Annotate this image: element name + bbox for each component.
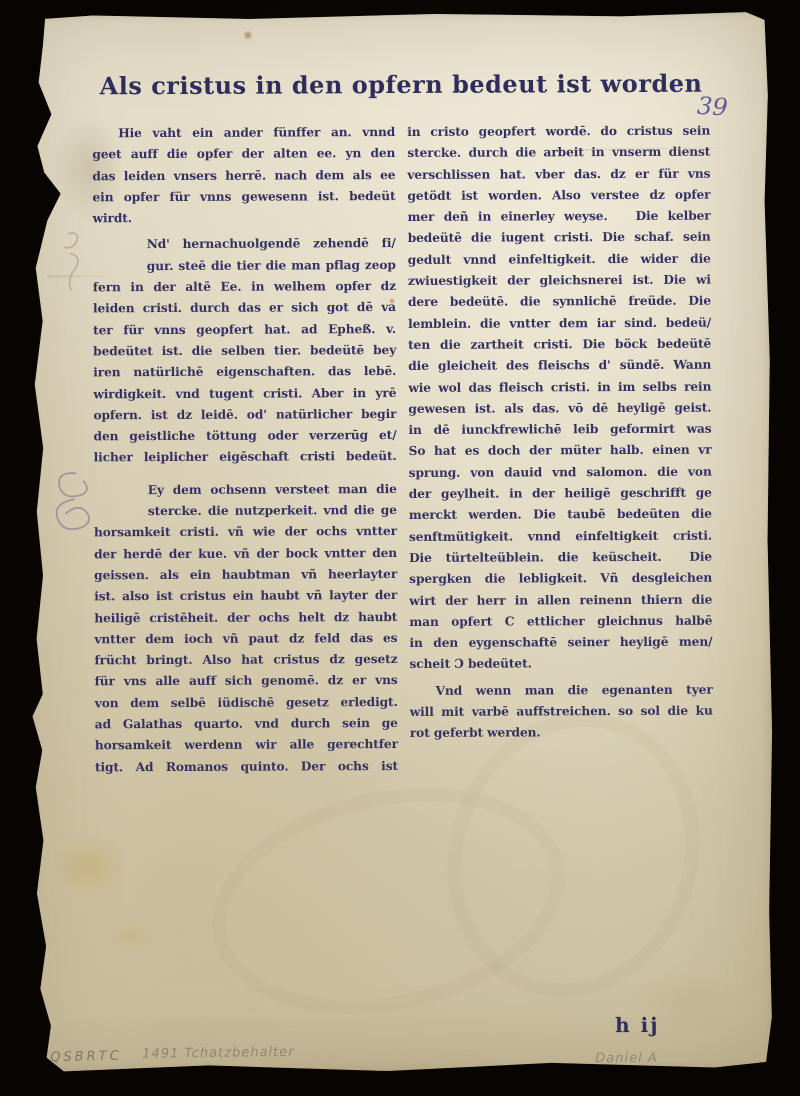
text-line: der geylheit. in der heiligē geschrifft … — [409, 483, 712, 506]
text-line: ist. also ist cristus ein haubt vñ layte… — [94, 585, 397, 608]
text-line: opfern. ist dz leidē. od' natürlicher be… — [93, 404, 396, 427]
paragraph: Nd' hernachuolgendē zehendē fi/gur. steē… — [93, 234, 397, 470]
text-line: ad Galathas quarto. vnd durch sein ge — [95, 713, 398, 736]
text-line: wirt der herr in allen reinenn thiern di… — [409, 589, 712, 612]
text-line: senftmütigkeit. vnnd einfeltigkeit crist… — [409, 525, 712, 548]
text-line: stercke. durch die arbeit in vnserm dien… — [407, 142, 710, 165]
text-line: die gleicheit des fleischs d' sündē. Wan… — [408, 355, 711, 378]
margin-guide-mark — [55, 227, 89, 297]
text-line: zwiuestigkeit der gleichsnerei ist. Die … — [408, 270, 711, 293]
text-line: So hat es doch der müter halb. einen vr — [409, 440, 712, 463]
stain — [108, 918, 156, 954]
text-line: Vnd wenn man die egenanten tyer — [410, 679, 713, 702]
text-block: Hie vaht ein ander fünffer an. vnndgeet … — [92, 121, 713, 779]
text-line: Hie vaht ein ander fünffer an. vnnd — [92, 122, 395, 145]
text-line: das leiden vnsers herrē. nach dem als ee — [92, 165, 395, 188]
text-line: man opfert C ettlicher gleichnus halbē — [409, 610, 712, 633]
text-column-left: Hie vaht ein ander fünffer an. vnndgeet … — [92, 122, 398, 778]
text-line: geissen. als ein haubtman vñ heerlayter — [94, 564, 397, 587]
text-line: tigt. Ad Romanos quinto. Der ochs ist — [95, 756, 398, 779]
photograph-background: Als cristus in den opfern bedeut ist wor… — [0, 0, 800, 1096]
text-line: licher leiplicher eigēschaft cristi bede… — [94, 446, 397, 469]
pencil-annotation-catalog-code: QSBRTC — [50, 1049, 122, 1066]
paragraph: in cristo geopfert wordē. do cristus sei… — [407, 121, 712, 676]
text-line: ein opfer für vnns gewesenn ist. bedeüt — [92, 186, 395, 209]
text-line: wirdt. — [93, 207, 396, 230]
text-line: horsamkeit cristi. vñ wie der ochs vntte… — [94, 521, 397, 544]
text-line: ter für vnns geopfert hat. ad Epheß. v. — [93, 319, 396, 342]
text-line: sprung. von dauid vnd salomon. die von — [409, 461, 712, 484]
text-line: merckt werden. Die taubē bedeüten die — [409, 504, 712, 527]
margin-flourish-mark — [46, 469, 96, 541]
stain — [242, 31, 254, 40]
text-line: gewesen ist. als das. vō dē heyligē geis… — [408, 397, 711, 420]
text-line: verschlissen hat. vber das. dz er für vn… — [407, 163, 710, 186]
paragraph: Vnd wenn man die egenanten tyerwill mit … — [410, 679, 713, 744]
incunabulum-leaf: Als cristus in den opfern bedeut ist wor… — [26, 10, 775, 1073]
text-line: will mit varbē auffstreichen. so sol die… — [410, 701, 713, 724]
text-line: mer deñ in einerley weyse. Die kelber — [408, 206, 711, 229]
text-line: in den eygenschaftē seiner heyligē men/ — [409, 632, 712, 655]
signature-mark: h ij — [615, 1013, 659, 1037]
text-line: Ey dem ochsenn versteet man die — [94, 479, 397, 502]
text-line: gur. steē die tier die man pflag zeop — [93, 255, 396, 278]
text-line: der herdē der kue. vñ der bock vntter de… — [94, 543, 397, 566]
text-line: wie wol das fleisch cristi. in im selbs … — [408, 376, 711, 399]
pencil-annotation-title: 1491 Tchatzbehalter — [142, 1045, 295, 1062]
text-line: heiligē cristēheit. der ochs helt dz hau… — [94, 607, 397, 630]
text-line: wirdigkeit. vnd tugent cristi. Aber in y… — [93, 383, 396, 406]
text-line: spergken die lebligkeit. Vñ desgleichen — [409, 568, 712, 591]
text-line: vntter dem ioch vñ paut dz feld das es — [94, 628, 397, 651]
text-line: rot geferbt werden. — [410, 722, 713, 745]
text-line: Die türtelteüblein. die keüscheit. Die — [409, 547, 712, 570]
text-line: bedeütē die iugent cristi. Die schaf. se… — [408, 227, 711, 250]
text-line: iren natürlichē eigenschaften. das lebē. — [93, 361, 396, 384]
folio-number: 39 — [697, 92, 729, 122]
text-line: in dē iunckfrewlichē leib geformirt was — [408, 419, 711, 442]
text-line: gedult vnnd einfeltigkeit. die wider die — [408, 248, 711, 271]
text-line: lemblein. die vntter dem iar sind. bedeü… — [408, 312, 711, 335]
text-line: ten die zartheit cristi. Die böck bedeüt… — [408, 334, 711, 357]
text-line: horsamkeit werdenn wir alle gerechtfer — [95, 734, 398, 757]
text-line: leiden cristi. durch das er sich got dē … — [93, 297, 396, 320]
text-line: in cristo geopfert wordē. do cristus sei… — [407, 121, 710, 144]
text-line: getödt ist worden. Also verstee dz opfer — [407, 185, 710, 208]
text-line: fern in der altē Ee. in welhem opfer dz — [93, 276, 396, 299]
text-line: von dem selbē iüdischē gesetz erledigt. — [95, 692, 398, 715]
text-line: bedeütet ist. die selben tier. bedeütē b… — [93, 340, 396, 363]
headline: Als cristus in den opfern bedeut ist wor… — [96, 69, 706, 101]
woodcut-show-through — [191, 757, 587, 1046]
pencil-annotation-name: Daniel A — [595, 1051, 658, 1066]
text-line: scheit Ɔ bedeütet. — [409, 653, 712, 676]
paragraph: Ey dem ochsenn versteet man diestercke. … — [94, 479, 398, 778]
text-line: Nd' hernachuolgendē zehendē fi/ — [93, 234, 396, 257]
text-line: den geistliche töttung oder verzerūg et/ — [93, 425, 396, 448]
text-line: stercke. die nutzperkeit. vnd die ge — [94, 500, 397, 523]
text-line: für vns alle auff sich genomē. dz er vns — [95, 670, 398, 693]
text-line: dere bedeütē. die synnlichē freüde. Die — [408, 291, 711, 314]
text-column-right: in cristo geopfert wordē. do cristus sei… — [407, 121, 713, 777]
text-line: frücht bringt. Also hat cristus dz geset… — [94, 649, 397, 672]
paragraph: Hie vaht ein ander fünffer an. vnndgeet … — [92, 122, 395, 230]
stain — [47, 831, 132, 901]
text-line: geet auff die opfer der alten ee. yn den — [92, 143, 395, 166]
